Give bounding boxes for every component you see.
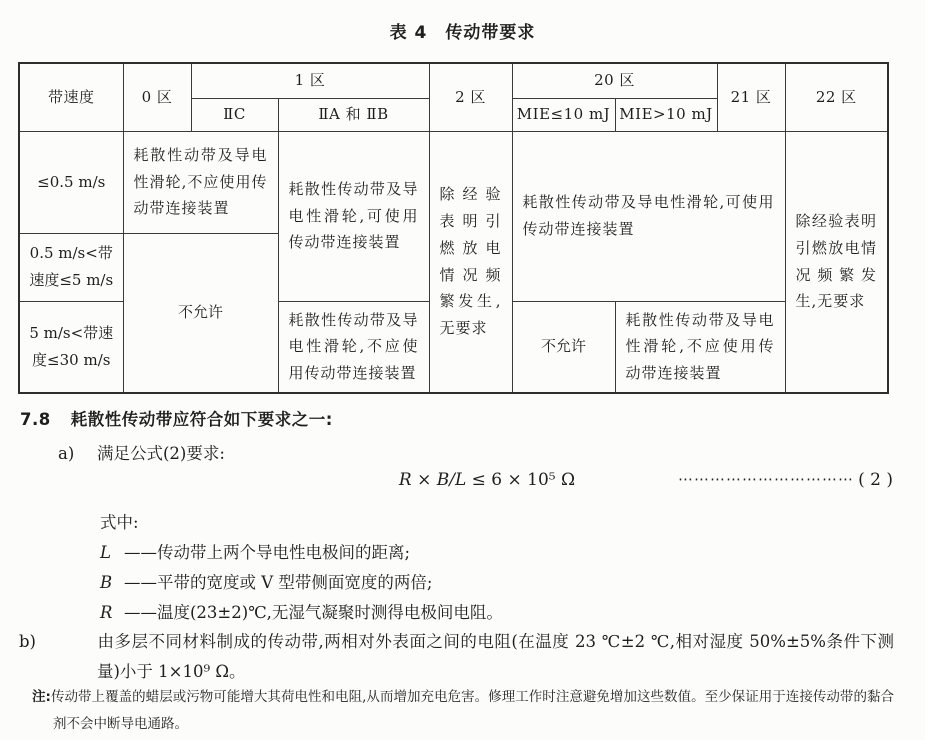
cell-zone22-all-rows: 除经验表明引燃放电情况频繁发生,无要求 (785, 131, 888, 393)
header-zone-21: 21 区 (717, 63, 785, 131)
item-a-label: a) (58, 444, 97, 463)
list-item-a: a)满足公式(2)要求: (58, 440, 898, 464)
cell-r3-mie-le-not-allowed: 不允许 (512, 301, 615, 393)
cell-speed-row1: ≤0.5 m/s (19, 131, 123, 233)
header-zone-0: 0 区 (123, 63, 191, 131)
item-b-label: b) (58, 627, 97, 657)
cell-speed-row3: 5 m/s<带速度≤30 m/s (19, 301, 123, 393)
symbol-R: R (100, 598, 124, 628)
item-a-text: 满足公式(2)要求: (97, 444, 225, 463)
belt-requirements-table: 带速度 0 区 1 区 2 区 20 区 21 区 22 区 ⅡC ⅡA 和 Ⅱ… (18, 62, 889, 394)
symbol-B: B (100, 568, 124, 598)
header-zone-1-iiab: ⅡA 和 ⅡB (278, 98, 429, 131)
dot-leader: ⋯⋯⋯⋯⋯⋯⋯⋯⋯⋯⋯ (678, 470, 854, 488)
header-zone-22: 22 区 (785, 63, 888, 131)
cell-r3-iiab: 耗散性传动带及导电性滑轮,不应使用传动带连接装置 (278, 301, 429, 393)
cell-speed-row2: 0.5 m/s<带速度≤5 m/s (19, 233, 123, 301)
note-label: 注: (32, 689, 51, 705)
cell-r3-mie-gt-21: 耗散性传动带及导电性滑轮,不应使用传动带连接装置 (615, 301, 785, 393)
list-item-b: b)由多层不同材料制成的传动带,两相对外表面之间的电阻(在温度 23 ℃±2 ℃… (58, 627, 894, 687)
cell-r12-iiab: 耗散性传动带及导电性滑轮,可使用传动带连接装置 (278, 131, 429, 301)
definition-L-text: ——传动带上两个导电性电极间的距离; (124, 543, 410, 562)
cell-zone2-all-rows: 除经验表明引燃放电情况频繁发生,无要求 (429, 131, 512, 393)
clause-number: 7.8 (20, 410, 51, 429)
equation-lhs: R × B/L (399, 470, 466, 490)
header-belt-speed: 带速度 (19, 63, 123, 131)
header-mie-le-10: MIE≤10 mJ (512, 98, 615, 131)
item-b-text: 由多层不同材料制成的传动带,两相对外表面之间的电阻(在温度 23 ℃±2 ℃,相… (97, 632, 894, 681)
footnote: 注:传动带上覆盖的蜡层或污物可能增大其荷电性和电阻,从而增加充电危害。修理工作时… (32, 684, 894, 738)
header-zone-20: 20 区 (512, 63, 717, 98)
definition-B-text: ——平带的宽度或 V 型带侧面宽度的两倍; (124, 573, 432, 592)
equation-relation: ≤ (472, 470, 486, 490)
where-label: 式中: (100, 509, 139, 533)
cell-r12-zone20-21: 耗散性传动带及导电性滑轮,可使用传动带连接装置 (512, 131, 785, 301)
equation-2-expression: R × B/L ≤ 6 × 10⁵ Ω (399, 470, 575, 490)
equation-number: ( 2 ) (858, 470, 893, 490)
document-page: 表 4 传动带要求 带速度 0 区 1 区 2 区 20 区 21 区 22 区… (0, 0, 925, 740)
table-caption: 表 4 传动带要求 (0, 18, 925, 43)
definition-B: B——平带的宽度或 V 型带侧面宽度的两倍; (100, 568, 900, 598)
definition-L: L——传动带上两个导电性电极间的距离; (100, 538, 900, 568)
header-zone-1-iic: ⅡC (191, 98, 278, 131)
symbol-definitions: L——传动带上两个导电性电极间的距离; B——平带的宽度或 V 型带侧面宽度的两… (100, 538, 900, 628)
header-mie-gt-10: MIE>10 mJ (615, 98, 717, 131)
clause-heading-text: 耗散性传动带应符合如下要求之一: (71, 410, 333, 429)
symbol-L: L (100, 538, 124, 568)
header-zone-1: 1 区 (191, 63, 429, 98)
cell-r23-zone0-iic-not-allowed: 不允许 (123, 233, 278, 393)
cell-r1-zone0-iic: 耗散性动带及导电性滑轮,不应使用传动带连接装置 (123, 131, 278, 233)
equation-leader-and-number: ⋯⋯⋯⋯⋯⋯⋯⋯⋯⋯⋯( 2 ) (678, 470, 893, 490)
definition-R: R——温度(23±2)℃,无湿气凝聚时测得电极间电阻。 (100, 598, 900, 628)
definition-R-text: ——温度(23±2)℃,无湿气凝聚时测得电极间电阻。 (124, 603, 503, 622)
equation-rhs: 6 × 10⁵ Ω (491, 470, 575, 490)
note-text: 传动带上覆盖的蜡层或污物可能增大其荷电性和电阻,从而增加充电危害。修理工作时注意… (51, 689, 894, 732)
equation-2-line: R × B/L ≤ 6 × 10⁵ Ω ⋯⋯⋯⋯⋯⋯⋯⋯⋯⋯⋯( 2 ) (0, 470, 925, 496)
header-zone-2: 2 区 (429, 63, 512, 131)
clause-7-8-heading: 7.8耗散性传动带应符合如下要求之一: (20, 406, 900, 430)
